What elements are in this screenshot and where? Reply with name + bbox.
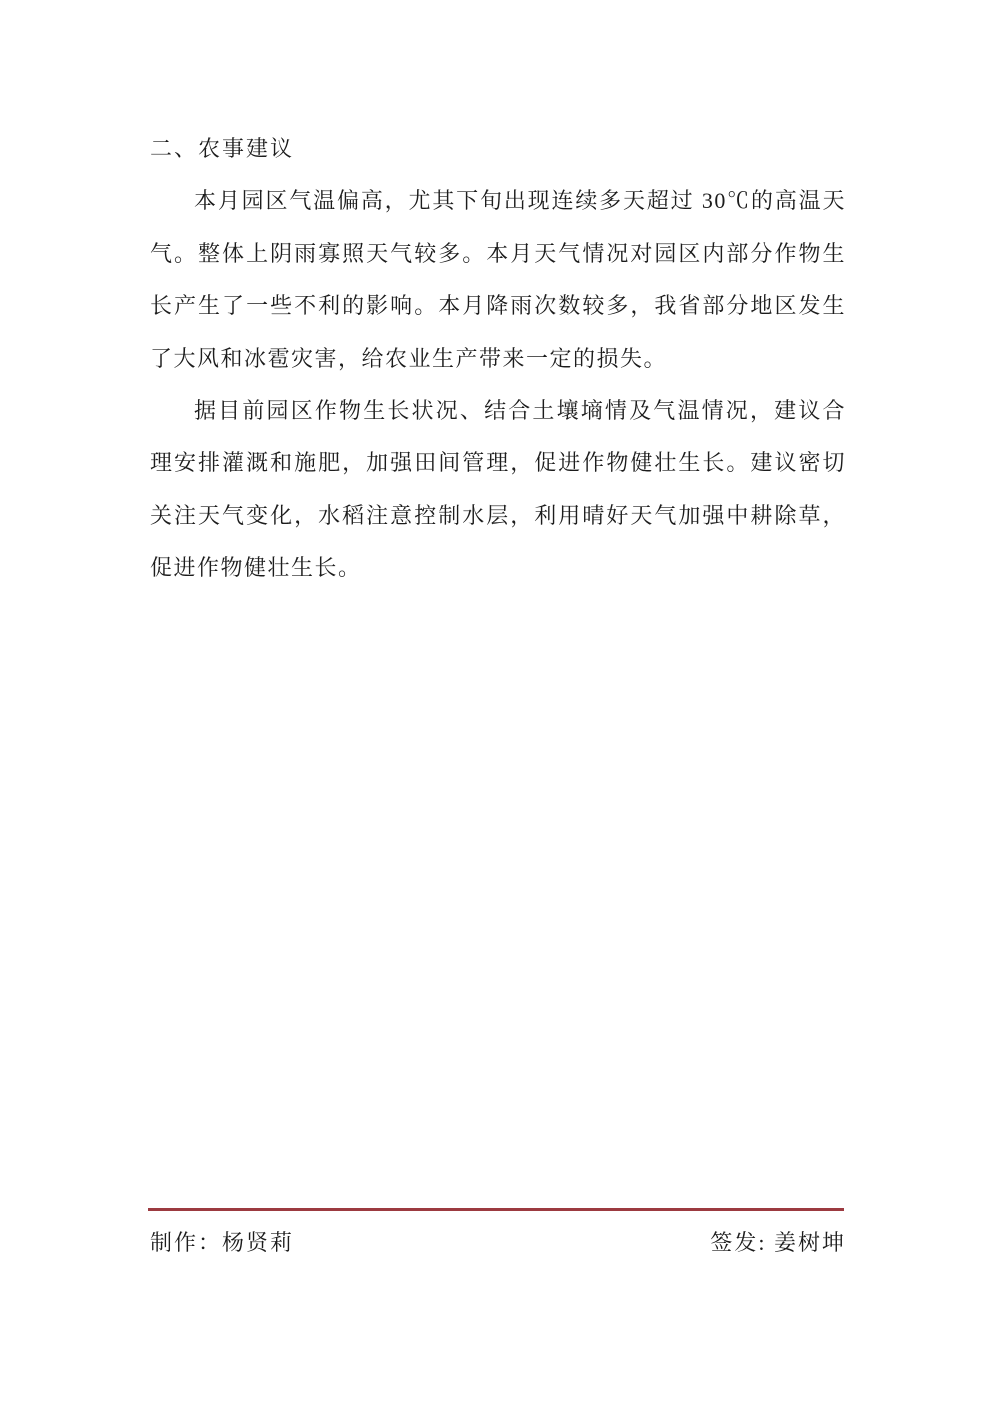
paragraph-weather-summary: 本月园区气温偏高，尤其下旬出现连续多天超过 30℃的高温天气。整体上阴雨寡照天气… <box>150 175 846 385</box>
issuer-credit: 签发: 姜树坤 <box>710 1227 846 1259</box>
page: 二、农事建议 本月园区气温偏高，尤其下旬出现连续多天超过 30℃的高温天气。整体… <box>0 0 992 1403</box>
document-page: { "document": { "heading": "二、农事建议", "pa… <box>0 0 992 1403</box>
paragraph-farming-advice: 据目前园区作物生长状况、结合土壤墒情及气温情况，建议合理安排灌溉和施肥，加强田间… <box>150 385 846 595</box>
document-body: 二、农事建议 本月园区气温偏高，尤其下旬出现连续多天超过 30℃的高温天气。整体… <box>150 123 846 595</box>
producer-credit: 制作：杨贤莉 <box>150 1227 294 1259</box>
footer: 制作：杨贤莉 签发: 姜树坤 <box>150 1227 846 1259</box>
footer-divider-line <box>148 1208 844 1211</box>
section-heading: 二、农事建议 <box>150 123 846 175</box>
